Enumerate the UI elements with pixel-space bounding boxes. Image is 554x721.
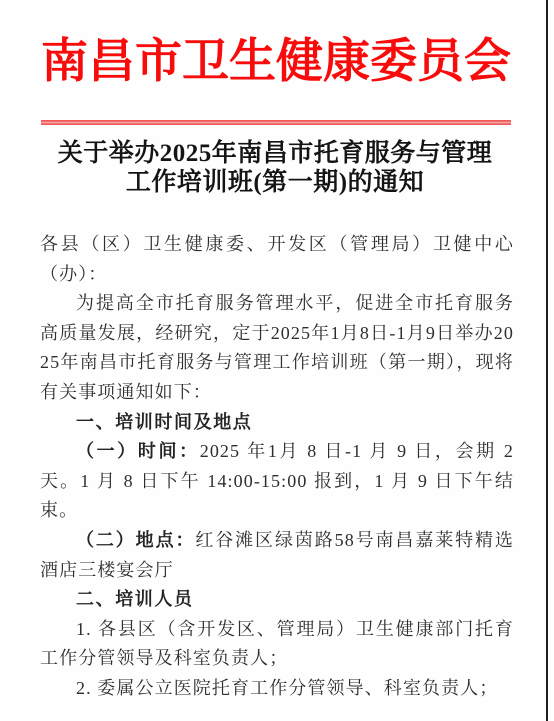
section-2-heading: 二、培训人员 [40,585,514,615]
location-item-paragraph: （二）地点：红谷滩区绿茵路58号南昌嘉莱特精选酒店三楼宴会厅 [40,526,514,585]
time-item-paragraph: （一）时间：2025 年1月 8 日-1 月 9 日，会期 2 天。1 月 8 … [40,437,514,526]
paragraph-text: 为提高全市托育服务管理水平，促进全市托育服务高质量发展，经研究，定于2025年1… [40,293,514,402]
salutation-paragraph: 各县（区）卫生健康委、开发区（管理局）卫健中心（办）： [40,230,514,289]
document-body: 各县（区）卫生健康委、开发区（管理局）卫健中心（办）：为提高全市托育服务管理水平… [40,230,514,704]
paragraph-bold-label: （二）地点： [76,530,195,550]
document-title-line2: 工作培训班(第一期)的通知 [20,168,530,197]
trainees-item-2-paragraph: 2. 委属公立医院托育工作分管领导、科室负责人； [40,674,514,704]
letterhead-divider-line [41,120,511,125]
letterhead-authority-name: 南昌市卫生健康委员会 [5,24,547,100]
official-notice-page: 南昌市卫生健康委员会 关于举办2025年南昌市托育服务与管理 工作培训班(第一期… [0,0,554,721]
intro-paragraph: 为提高全市托育服务管理水平，促进全市托育服务高质量发展，经研究，定于2025年1… [40,289,514,407]
paragraph-text: 2. 委属公立医院托育工作分管领导、科室负责人； [76,678,498,698]
paragraph-bold-label: 二、培训人员 [76,589,194,609]
page-right-border [546,0,548,721]
document-title: 关于举办2025年南昌市托育服务与管理 工作培训班(第一期)的通知 [20,139,530,197]
paragraph-bold-label: 一、培训时间及地点 [76,412,252,432]
section-1-heading: 一、培训时间及地点 [40,408,514,438]
trainees-item-1-paragraph: 1. 各县区（含开发区、管理局）卫生健康部门托育工作分管领导及科室负责人； [40,615,514,674]
paragraph-bold-label: （一）时间： [76,441,200,461]
paragraph-text: 1. 各县区（含开发区、管理局）卫生健康部门托育工作分管领导及科室负责人； [40,619,514,669]
paragraph-text: 各县（区）卫生健康委、开发区（管理局）卫健中心（办）： [40,234,514,284]
document-title-line1: 关于举办2025年南昌市托育服务与管理 [20,139,530,168]
